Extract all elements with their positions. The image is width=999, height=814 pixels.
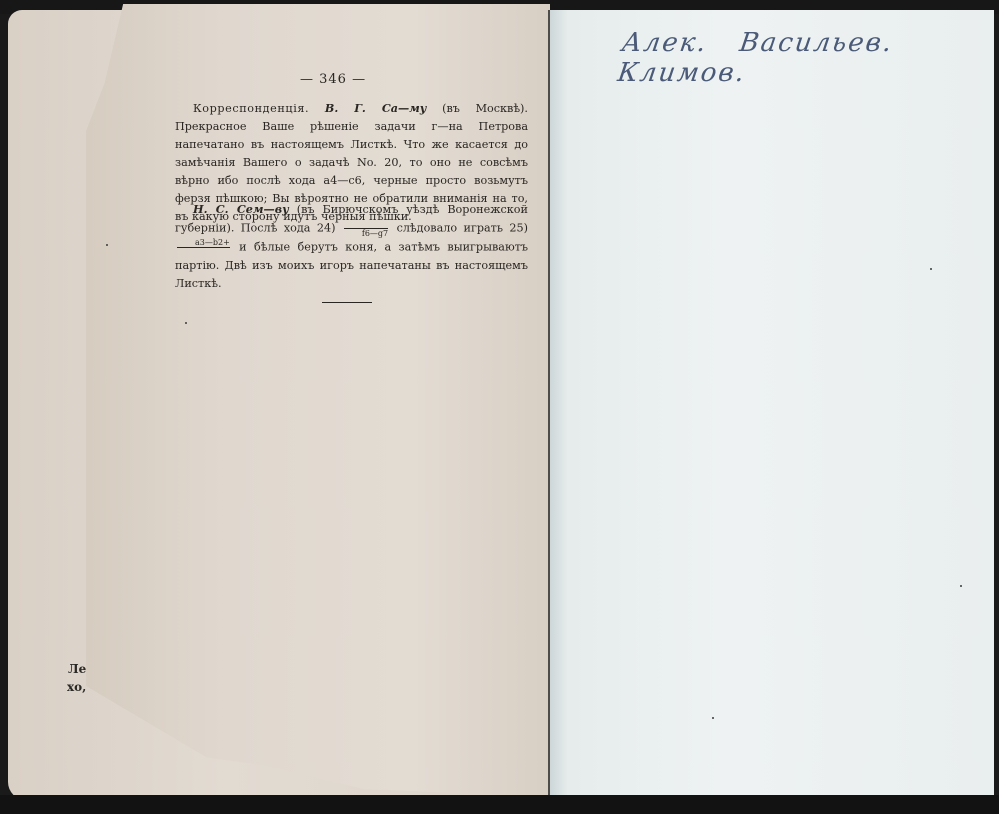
addressee: В. Г. Са—му — [325, 101, 427, 115]
paper-speck — [960, 585, 962, 587]
section-divider — [322, 302, 372, 303]
paper-speck — [185, 322, 187, 324]
page-number: — 346 — — [300, 72, 366, 87]
scan-bottom-edge — [0, 795, 999, 814]
handwritten-inscription: Алек. Васильев. Климов. — [616, 28, 999, 88]
chess-move-25: a3—b2+ — [177, 238, 230, 257]
paper-speck — [930, 268, 932, 270]
right-page-flyleaf — [548, 10, 994, 797]
section-label: Корреспонденція. — [193, 102, 309, 115]
paper-speck — [106, 244, 108, 246]
addressee: Н. С. Сем—ву — [193, 202, 289, 216]
underlying-page-fragment: хо, — [67, 680, 86, 694]
underlying-page-fragment: Ле — [68, 662, 86, 676]
paragraph-text: слѣдовало играть 25) — [397, 222, 528, 235]
correspondence-paragraph-2: Н. С. Сем—ву (въ Бирючскомъ уѣздѣ Вороне… — [175, 200, 528, 293]
paper-speck — [712, 717, 714, 719]
chess-move-24: f6—g7 — [344, 219, 388, 238]
